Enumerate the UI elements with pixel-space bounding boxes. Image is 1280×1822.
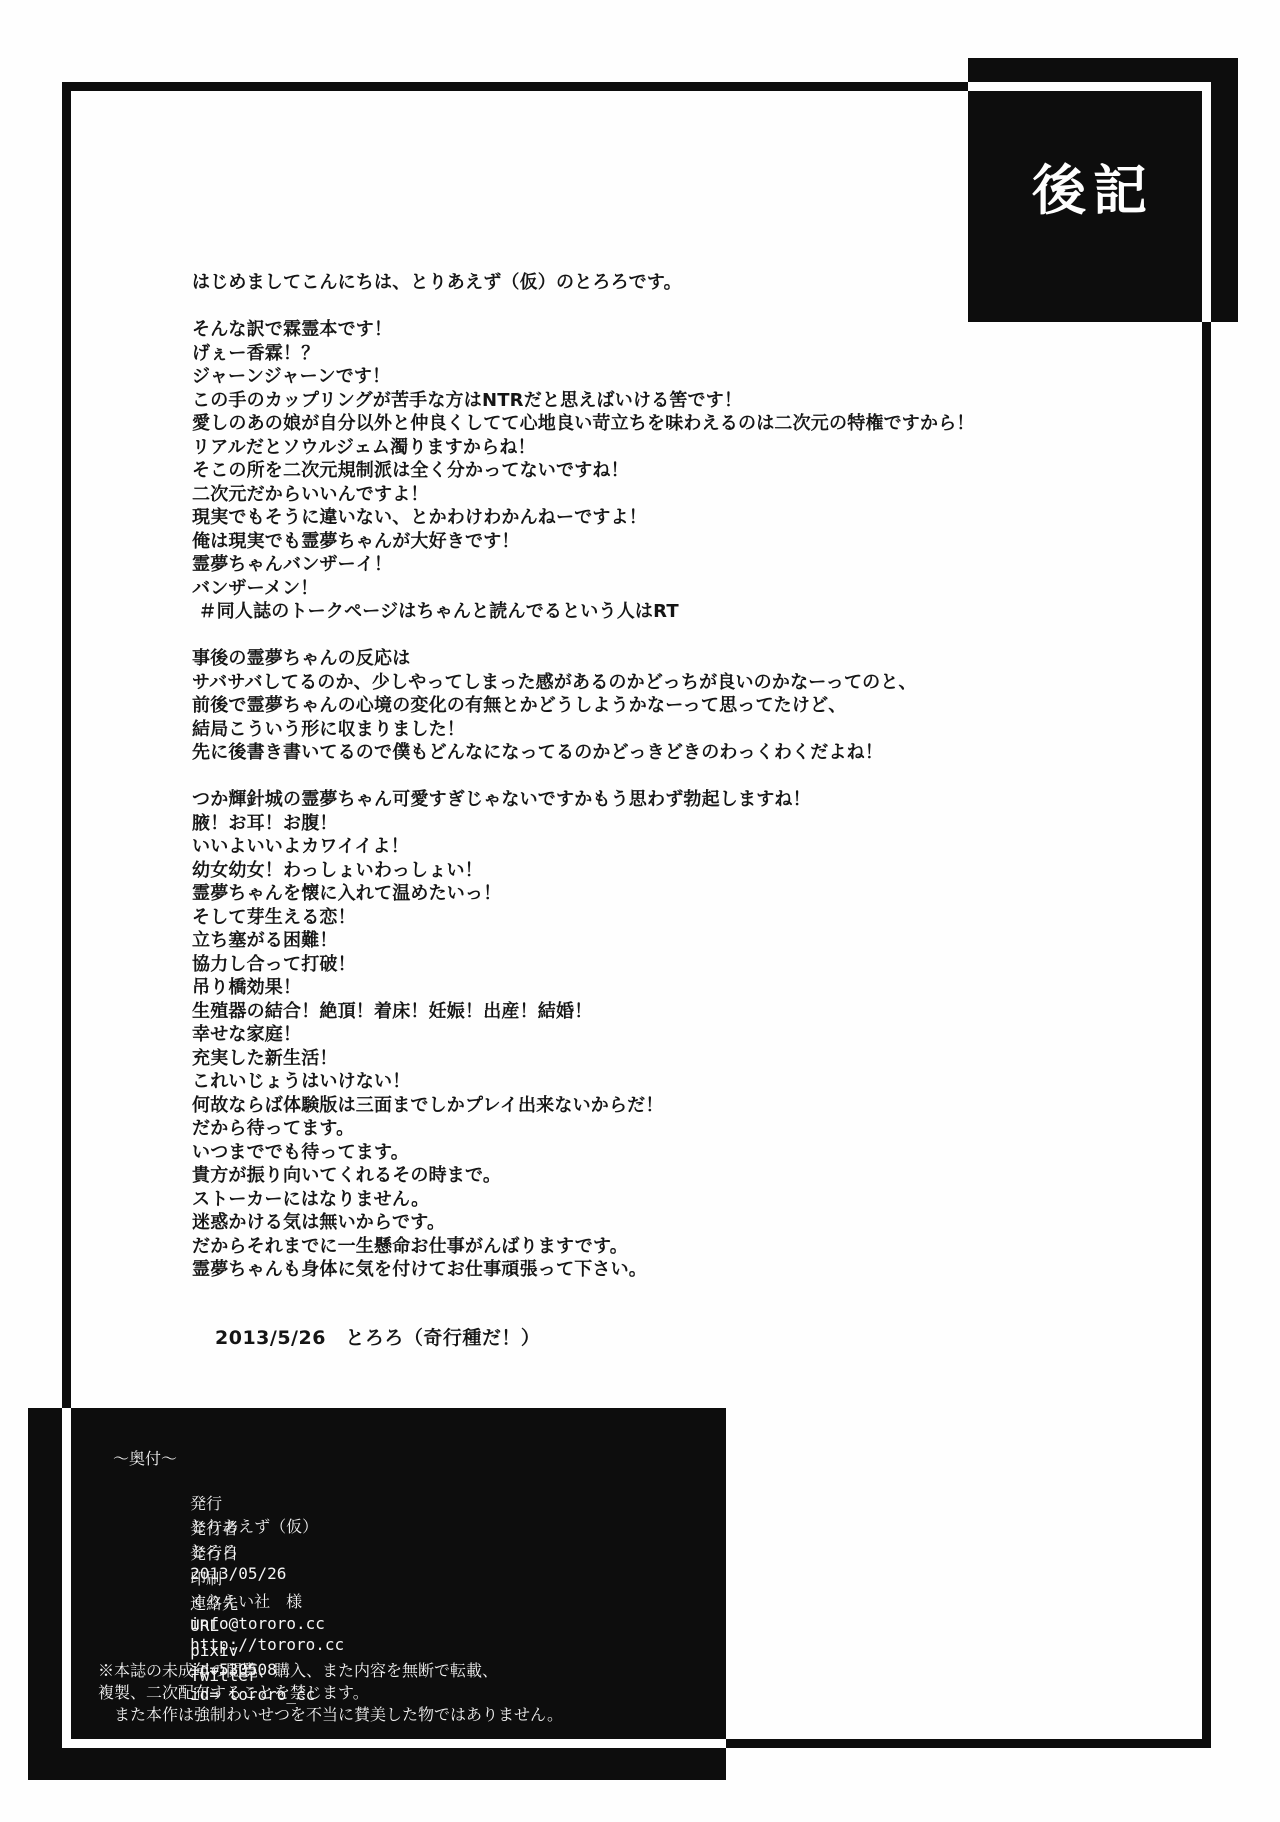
frame-right-rule [1202, 82, 1211, 1748]
afterword-page: 後記 はじめましてこんにちは、とりあえず（仮）のとろろです。 そんな訳で霖霊本で… [0, 0, 1280, 1822]
colophon-inner-vline [62, 1408, 71, 1748]
colophon-disclaimer: ※本誌の未成年の閲覧、購入、また内容を無断で転載、 複製、二次配布することを禁じ… [98, 1660, 563, 1726]
date-signature: 2013/5/26 とろろ（奇行種だ！） [215, 1323, 540, 1350]
colophon-label: 発行 [190, 1491, 262, 1514]
afterword-header-box: 後記 [968, 58, 1238, 322]
colophon-row-publisher: 発行 とりあえず（仮） [113, 1472, 344, 1497]
colophon-box: ～奥付～ 発行 とりあえず（仮） 発行者 とろろ 発行日 2013/05/26 … [28, 1408, 726, 1780]
colophon-title: ～奥付～ [113, 1446, 177, 1469]
colophon-label: 印刷 [190, 1566, 262, 1589]
colophon-inner-hline [62, 1739, 726, 1748]
colophon-label: URL [190, 1616, 262, 1635]
colophon-label: pixiv [190, 1641, 262, 1660]
header-box-inner-hline [968, 82, 1211, 91]
colophon-label: 発行者 [190, 1516, 262, 1539]
afterword-body-text: はじめましてこんにちは、とりあえず（仮）のとろろです。 そんな訳で霖霊本です！ … [192, 271, 975, 1282]
colophon-label: 連絡先 [190, 1591, 262, 1614]
afterword-title: 後記 [968, 164, 1211, 218]
colophon-label: 発行日 [190, 1541, 262, 1564]
colophon-rows: 発行 とりあえず（仮） 発行者 とろろ 発行日 2013/05/26 印刷 くり… [113, 1472, 344, 1672]
